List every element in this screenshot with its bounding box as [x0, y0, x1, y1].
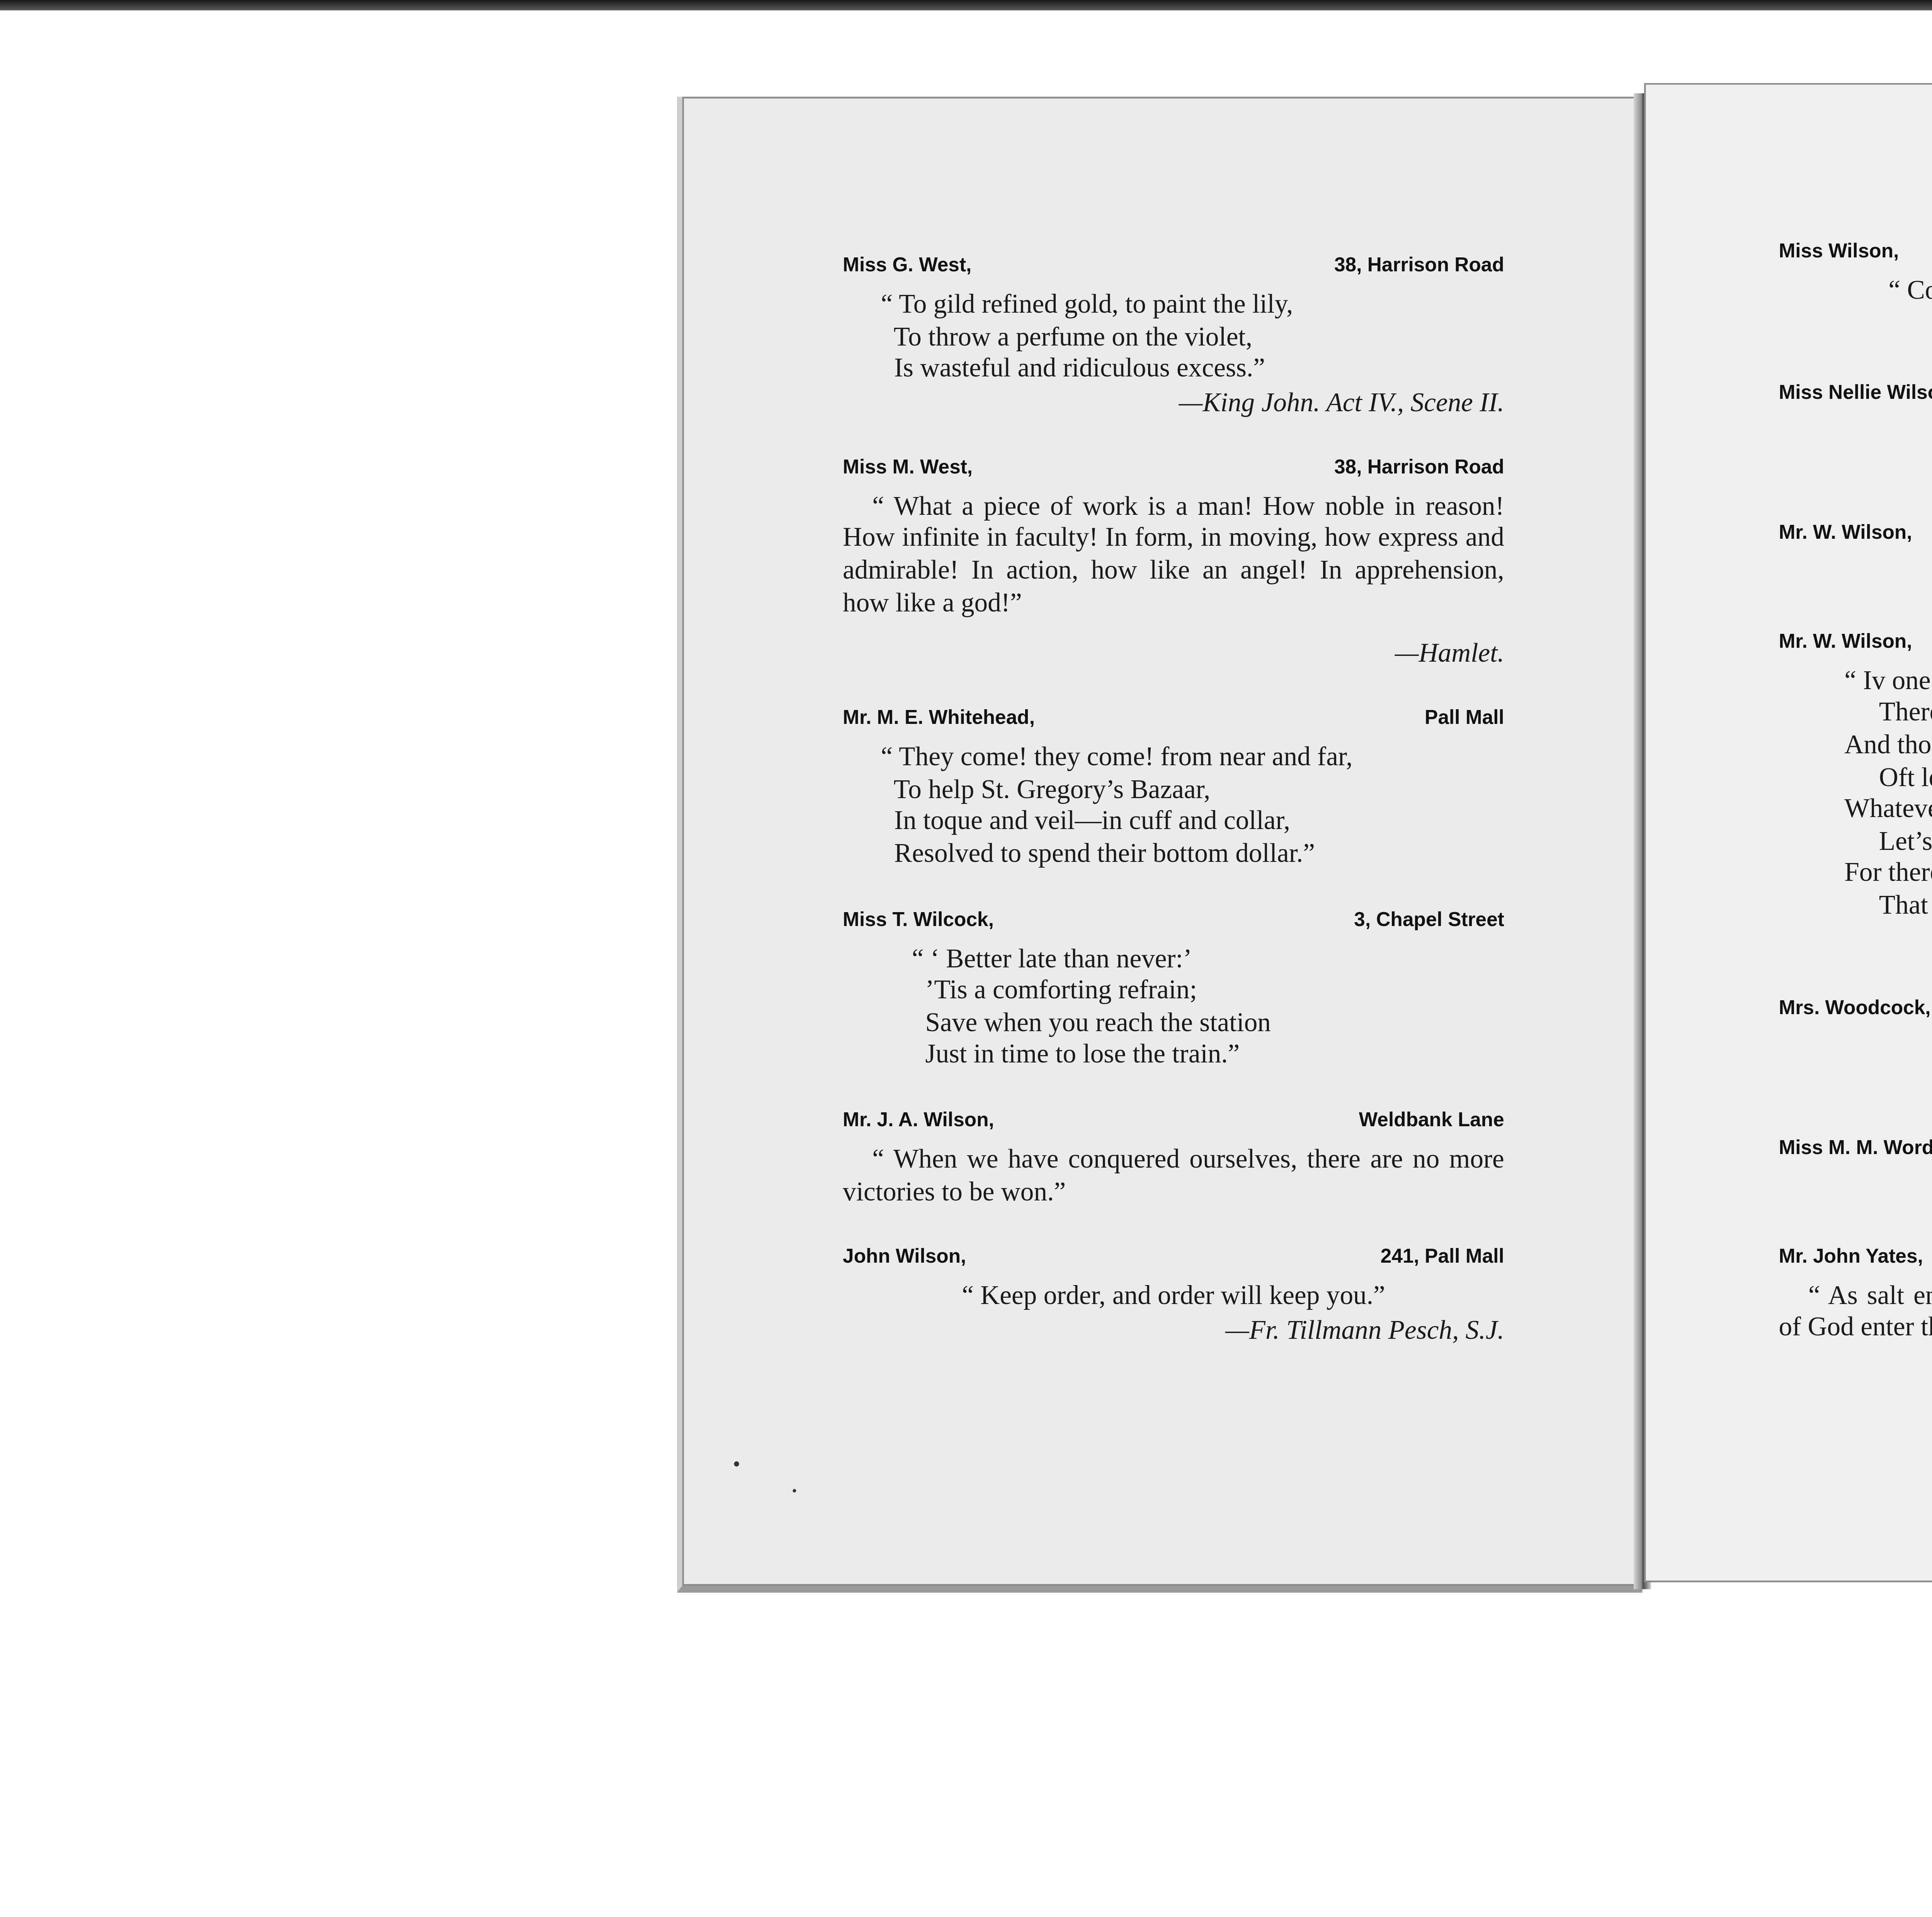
quote-line: To help St. Gregory’s Bazaar, — [881, 775, 1504, 807]
entry-header: Mr. W. Wilson,Seymour Street — [1779, 632, 1932, 653]
directory-entry: Miss M. West,38, Harrison Road“ What a p… — [843, 457, 1504, 670]
entry-name: Mr. M. E. Whitehead, — [843, 708, 1035, 729]
entry-address: 38, Harrison Road — [1334, 457, 1504, 478]
entry-quote: “ Think and thank.” — [1779, 1032, 1932, 1064]
quote-attribution: —Burns. — [1779, 308, 1932, 341]
entry-name: Miss M. M. Worden; — [1779, 1139, 1932, 1159]
entry-quote: “ What a piece of work is a man! How nob… — [843, 492, 1504, 620]
entry-quote: “ Praise God and be merry.” — [1779, 417, 1932, 449]
quote-attribution: —Hamlet. — [843, 638, 1504, 671]
entry-header: Mr. John Yates,80, Bolton Street — [1779, 1247, 1932, 1268]
quote-line: “ What a piece of work is a man! How nob… — [843, 492, 1504, 620]
directory-entry: John Wilson,241, Pall Mall“ Keep order, … — [843, 1247, 1504, 1347]
quote-line: Is wasteful and ridiculous excess.” — [881, 354, 1504, 386]
entry-header: Miss T. Wilcock,3, Chapel Street — [843, 909, 1504, 930]
entry-header: Mrs. Woodcock,245, Pall Mall — [1779, 998, 1932, 1018]
quote-line: “ Praise God and be merry.” — [1779, 417, 1932, 449]
paper-speck — [793, 1489, 796, 1493]
entry-header: Mr. M. E. Whitehead,Pall Mall — [843, 708, 1504, 729]
left-page-content: Miss G. West,38, Harrison Road“ To gild … — [843, 255, 1504, 1385]
directory-entry: Miss Nellie Wilson,241, Pall Mall“ Prais… — [1779, 383, 1932, 482]
entry-name: Mr. W. Wilson, — [1779, 524, 1912, 545]
quote-line: “ As salt enters every particle of meat,… — [1779, 1281, 1932, 1345]
entry-address: 3, Chapel Street — [1354, 909, 1504, 930]
entry-quote: “ Courtesy costs nothing.” — [1779, 1173, 1932, 1205]
right-page-content: Miss Wilson,241, Pall Mall“ Count on a f… — [1779, 242, 1932, 1387]
quote-attribution: —Motto of the Earls of Aylesbury. — [1779, 1064, 1932, 1097]
entry-quote: “ Count on a friend in faith and practis… — [1779, 276, 1932, 308]
quote-line: Just in time to lose the train.” — [912, 1040, 1504, 1073]
left-page: Miss G. West,38, Harrison Road“ To gild … — [677, 97, 1642, 1593]
quote-line: That covers a murderin’ care.” — [1844, 891, 1932, 923]
quote-line: “ Count on a friend in faith and practis… — [1779, 276, 1932, 308]
entry-quote: “ To gild refined gold, to paint the lil… — [843, 290, 1504, 386]
entry-name: Miss T. Wilcock, — [843, 909, 994, 930]
entry-name: Miss G. West, — [843, 255, 971, 276]
directory-entry: Miss Wilson,241, Pall Mall“ Count on a f… — [1779, 242, 1932, 341]
quote-line: And thoose that’n th’ biggest o’ th’ pri… — [1844, 730, 1932, 763]
quote-attribution: —King John. Act IV., Scene II. — [843, 386, 1504, 419]
quote-line: “ When we have conquered ourselves, ther… — [843, 1145, 1504, 1209]
scan-stage: Miss G. West,38, Harrison Road“ To gild … — [0, 0, 1932, 1917]
entry-header: Mr. W. Wilson,Springfield Road — [1779, 524, 1932, 545]
entry-name: Miss Wilson, — [1779, 242, 1899, 263]
quote-attribution: —Bl. Thomas More. — [1779, 449, 1932, 482]
entry-quote: “ Keep order, and order will keep you.” — [843, 1282, 1504, 1314]
quote-line: In toque and veil—in cuff and collar, — [881, 807, 1504, 839]
directory-entry: Mr. M. E. Whitehead,Pall Mall“ They come… — [843, 708, 1504, 872]
quote-line: There’s trouble i’ every heart; — [1844, 698, 1932, 730]
scanner-edge — [0, 0, 1932, 10]
directory-entry: Miss M. M. Worden;St. Mary’s“ Courtesy c… — [1779, 1139, 1932, 1205]
entry-quote: “ ‘ Better late than never:’ ’Tis a comf… — [843, 944, 1504, 1073]
entry-address: 241, Pall Mall — [1381, 1247, 1504, 1268]
directory-entry: Mrs. Woodcock,245, Pall Mall“ Think and … — [1779, 998, 1932, 1097]
quote-line: “ They come! they come! from near and fa… — [881, 743, 1504, 775]
quote-line: “ Courtesy costs nothing.” — [1779, 1173, 1932, 1205]
entry-header: Miss M. West,38, Harrison Road — [843, 457, 1504, 478]
quote-line: To throw a perfume on the violet, — [881, 322, 1504, 354]
entry-header: John Wilson,241, Pall Mall — [843, 1247, 1504, 1268]
entry-quote: “ Vincit Veritas.” — [1779, 558, 1932, 590]
directory-entry: Mr. W. Wilson,Springfield Road“ Vincit V… — [1779, 524, 1932, 590]
entry-quote: “ When we have conquered ourselves, ther… — [843, 1145, 1504, 1209]
directory-entry: Mr. John Yates,80, Bolton Street“ As sal… — [1779, 1247, 1932, 1346]
entry-name: Mr. J. A. Wilson, — [843, 1110, 994, 1131]
directory-entry: Mr. W. Wilson,Seymour Street“ Iv one cou… — [1779, 632, 1932, 956]
quote-line: Let’s patiently hondle er share; — [1844, 827, 1932, 859]
quote-line: “ To gild refined gold, to paint the lil… — [881, 290, 1504, 322]
quote-line: Resolved to spend their bottom dollar.” — [881, 839, 1504, 872]
directory-entry: Miss T. Wilcock,3, Chapel Street“ ‘ Bett… — [843, 909, 1504, 1073]
entry-address: Weldbank Lane — [1359, 1110, 1504, 1131]
entry-address: 38, Harrison Road — [1334, 255, 1504, 276]
entry-name: Miss M. West, — [843, 457, 973, 478]
entry-header: Miss Nellie Wilson,241, Pall Mall — [1779, 383, 1932, 403]
quote-line: Whatever may chance to come to us, — [1844, 795, 1932, 827]
quote-line: “ Think and thank.” — [1779, 1032, 1932, 1064]
entry-header: Miss G. West,38, Harrison Road — [843, 255, 1504, 276]
entry-quote: “ Iv one could but grope i’th’ inside on… — [1779, 666, 1932, 923]
entry-header: Miss M. M. Worden;St. Mary’s — [1779, 1139, 1932, 1159]
entry-name: John Wilson, — [843, 1247, 966, 1268]
quote-line: “ Iv one could but grope i’th’ inside on… — [1844, 666, 1932, 698]
entry-quote: “ As salt enters every particle of meat,… — [1779, 1281, 1932, 1345]
quote-line: For there’s mony a fine suit o’ cloas — [1844, 859, 1932, 891]
quote-line: “ Vincit Veritas.” — [1779, 558, 1932, 590]
right-page: Miss Wilson,241, Pall Mall“ Count on a f… — [1644, 83, 1932, 1582]
entry-name: Mr. W. Wilson, — [1779, 632, 1912, 653]
quote-attribution: —E. Waugh. — [1779, 923, 1932, 956]
directory-entry: Mr. J. A. Wilson,Weldbank Lane“ When we … — [843, 1110, 1504, 1209]
quote-attribution: —Fr. Tillmann Pesch, S.J. — [843, 1314, 1504, 1347]
paper-speck — [734, 1461, 739, 1466]
entry-quote: “ They come! they come! from near and fa… — [843, 743, 1504, 872]
quote-line: Save when you reach the station — [912, 1008, 1504, 1040]
quote-line: ’Tis a comforting refrain; — [912, 976, 1504, 1008]
directory-entry: Miss G. West,38, Harrison Road“ To gild … — [843, 255, 1504, 419]
entry-name: Mr. John Yates, — [1779, 1247, 1923, 1268]
entry-address: Pall Mall — [1425, 708, 1504, 729]
entry-header: Mr. J. A. Wilson,Weldbank Lane — [843, 1110, 1504, 1131]
entry-header: Miss Wilson,241, Pall Mall — [1779, 242, 1932, 263]
quote-line: “ ‘ Better late than never:’ — [912, 944, 1504, 976]
entry-name: Mrs. Woodcock, — [1779, 998, 1930, 1018]
quote-line: “ Keep order, and order will keep you.” — [843, 1282, 1504, 1314]
quote-line: Oft leeten o’ th’ keenest o’ th’ smart. — [1844, 763, 1932, 795]
entry-name: Miss Nellie Wilson, — [1779, 383, 1932, 403]
